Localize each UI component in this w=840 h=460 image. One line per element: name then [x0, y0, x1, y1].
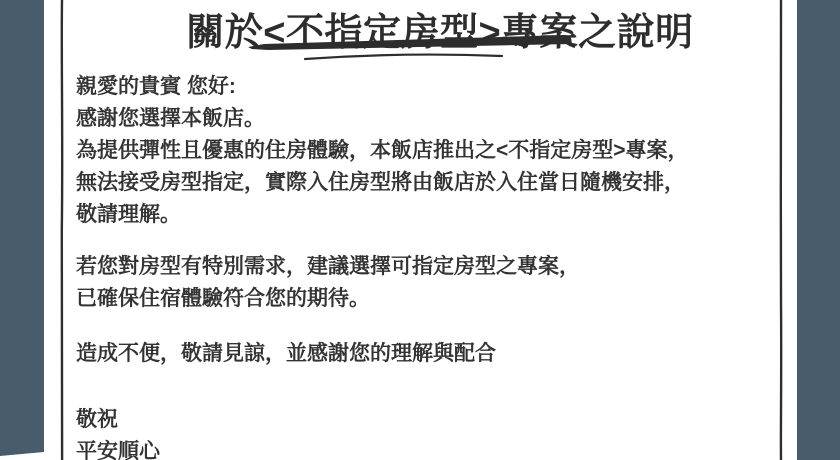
title-underline-stroke: [244, 33, 580, 65]
paragraph-apology: 造成不便，敬請見諒，並感謝您的理解與配合: [76, 338, 496, 370]
notice-line: 敬祝: [76, 404, 160, 436]
notice-line: 無法接受房型指定，實際入住房型將由飯店於入住當日隨機安排，: [76, 167, 689, 199]
notice-line: 若您對房型有特別需求，建議選擇可指定房型之專案，: [76, 251, 580, 283]
paragraph-suggestion: 若您對房型有特別需求，建議選擇可指定房型之專案， 已確保住宿體驗符合您的期待。: [76, 251, 580, 315]
right-accent-bar: [797, 0, 840, 460]
notice-line: 造成不便，敬請見諒，並感謝您的理解與配合: [76, 338, 496, 370]
left-accent-bar: [0, 0, 44, 456]
paragraph-intro: 親愛的貴賓 您好: 感謝您選擇本飯店。 為提供彈性且優惠的住房體驗，本飯店推出之…: [76, 71, 689, 231]
notice-line: 感謝您選擇本飯店。: [76, 103, 689, 135]
thick-underline-stroke: [248, 35, 572, 50]
notice-line: 敬請理解。: [76, 199, 689, 231]
left-card-border-line: [59, 0, 65, 460]
hotel-notice-page: 關於<不指定房型>專案之說明 親愛的貴賓 您好: 感謝您選擇本飯店。 為提供彈性…: [0, 0, 840, 460]
paragraph-closing: 敬祝 平安順心: [76, 404, 160, 460]
thin-underline-stroke: [305, 55, 502, 59]
notice-line: 平安順心: [76, 436, 160, 460]
right-card-border-line: [778, 0, 784, 460]
notice-line: 已確保住宿體驗符合您的期待。: [76, 283, 580, 315]
notice-line: 為提供彈性且優惠的住房體驗，本飯店推出之<不指定房型>專案，: [76, 135, 689, 167]
notice-line: 親愛的貴賓 您好:: [76, 71, 689, 103]
